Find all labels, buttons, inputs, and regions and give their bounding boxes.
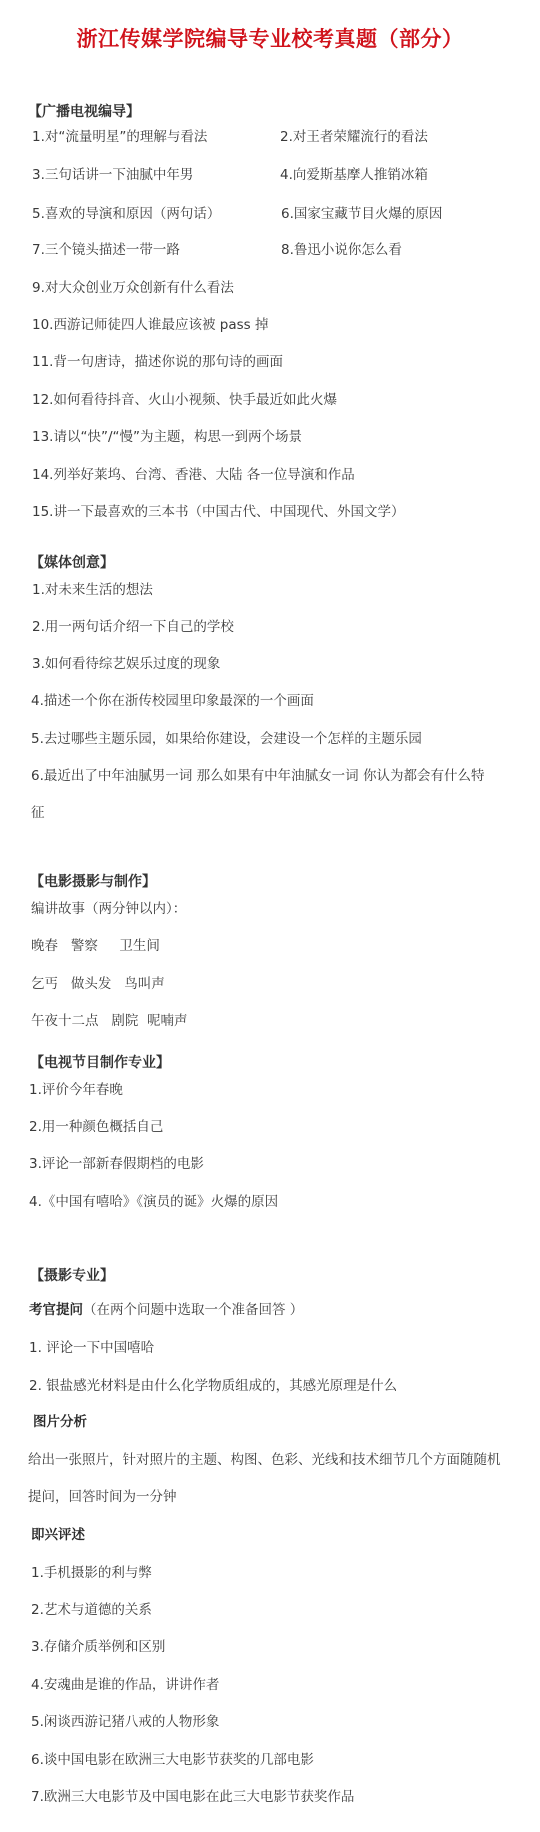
impromptu-item: 4.安魂曲是谁的作品，讲讲作者 bbox=[31, 1679, 219, 1693]
impromptu-item: 2.艺术与道德的关系 bbox=[31, 1604, 152, 1618]
broadcast-item: 7.三个镜头描述一带一路 bbox=[32, 244, 180, 258]
broadcast-item: 14.列举好莱坞、台湾、香港、大陆 各一位导演和作品 bbox=[32, 469, 355, 483]
broadcast-item: 4.向爱斯基摩人推销冰箱 bbox=[280, 169, 428, 183]
picture-analysis-text: 提问，回答时间为一分钟 bbox=[28, 1491, 177, 1505]
film-intro: 编讲故事（两分钟以内）： bbox=[31, 903, 186, 917]
media-item: 2.用一两句话介绍一下自己的学校 bbox=[32, 621, 234, 635]
impromptu-item: 5.闲谈西游记猪八戒的人物形象 bbox=[31, 1716, 219, 1730]
broadcast-item: 13.请以“快”/“慢”为主题，构思一到两个场景 bbox=[32, 431, 302, 445]
broadcast-item: 5.喜欢的导演和原因（两句话） bbox=[32, 208, 220, 222]
media-item: 1.对未来生活的想法 bbox=[32, 584, 153, 598]
examiner-question-label: 考官提问 bbox=[29, 1302, 83, 1318]
tv-item: 1.评价今年春晚 bbox=[29, 1084, 123, 1098]
broadcast-item: 2.对王者荣耀流行的看法 bbox=[280, 131, 428, 145]
picture-analysis-label: 图片分析 bbox=[33, 1416, 87, 1430]
section-heading-broadcast: 【广播电视编导】 bbox=[28, 105, 140, 119]
section-heading-film: 【电影摄影与制作】 bbox=[30, 875, 156, 889]
film-topic-row: 午夜十二点 剧院 呢喃声 bbox=[31, 1015, 187, 1029]
impromptu-label: 即兴评述 bbox=[31, 1529, 85, 1543]
examiner-item: 2. 银盐感光材料是由什么化学物质组成的，其感光原理是什么 bbox=[29, 1380, 397, 1394]
media-item: 4.描述一个你在浙传校园里印象最深的一个画面 bbox=[31, 695, 314, 709]
broadcast-item: 12.如何看待抖音、火山小视频、快手最近如此火爆 bbox=[32, 394, 337, 408]
examiner-question-note: （在两个问题中选取一个准备回答 ） bbox=[83, 1302, 303, 1318]
tv-item: 2.用一种颜色概括自己 bbox=[29, 1121, 163, 1135]
broadcast-item: 10.西游记师徒四人谁最应该被 pass 掉 bbox=[32, 319, 268, 333]
broadcast-item: 3.三句话讲一下油腻中年男 bbox=[32, 169, 193, 183]
film-topic-row: 乞丐 做头发 鸟叫声 bbox=[31, 978, 165, 992]
section-heading-tv: 【电视节目制作专业】 bbox=[30, 1056, 170, 1070]
examiner-question-line: 考官提问（在两个问题中选取一个准备回答 ） bbox=[29, 1304, 303, 1318]
tv-item: 3.评论一部新春假期档的电影 bbox=[29, 1158, 204, 1172]
impromptu-item: 7.欧洲三大电影节及中国电影在此三大电影节获奖作品 bbox=[31, 1791, 354, 1805]
impromptu-item: 1.手机摄影的利与弊 bbox=[31, 1567, 152, 1581]
examiner-item: 1. 评论一下中国嘻哈 bbox=[29, 1342, 154, 1356]
section-heading-photo: 【摄影专业】 bbox=[30, 1269, 114, 1283]
media-item: 5.去过哪些主题乐园，如果给你建设，会建设一个怎样的主题乐园 bbox=[31, 733, 422, 747]
impromptu-item: 6.谈中国电影在欧洲三大电影节获奖的几部电影 bbox=[31, 1754, 314, 1768]
page-title: 浙江传媒学院编导专业校考真题（部分） bbox=[0, 29, 540, 50]
broadcast-item: 8.鲁迅小说你怎么看 bbox=[281, 244, 402, 258]
impromptu-item: 3.存储介质举例和区别 bbox=[31, 1641, 165, 1655]
broadcast-item: 6.国家宝藏节目火爆的原因 bbox=[281, 208, 442, 222]
broadcast-item: 15.讲一下最喜欢的三本书（中国古代、中国现代、外国文学） bbox=[32, 506, 404, 520]
media-item: 3.如何看待综艺娱乐过度的现象 bbox=[32, 658, 220, 672]
section-heading-media: 【媒体创意】 bbox=[30, 556, 114, 570]
broadcast-item: 1.对“流量明星”的理解与看法 bbox=[32, 131, 207, 145]
broadcast-item: 11.背一句唐诗，描述你说的那句诗的画面 bbox=[32, 356, 283, 370]
film-topic-row: 晚春 警察 卫生间 bbox=[31, 940, 160, 954]
tv-item: 4.《中国有嘻哈》《演员的诞》火爆的原因 bbox=[29, 1196, 278, 1210]
picture-analysis-text: 给出一张照片，针对照片的主题、构图、色彩、光线和技术细节几个方面随随机 bbox=[28, 1454, 501, 1468]
media-item: 6.最近出了中年油腻男一词 那么如果有中年油腻女一词 你认为都会有什么特 bbox=[31, 770, 484, 784]
broadcast-item: 9.对大众创业万众创新有什么看法 bbox=[32, 282, 234, 296]
media-item: 征 bbox=[31, 807, 45, 821]
